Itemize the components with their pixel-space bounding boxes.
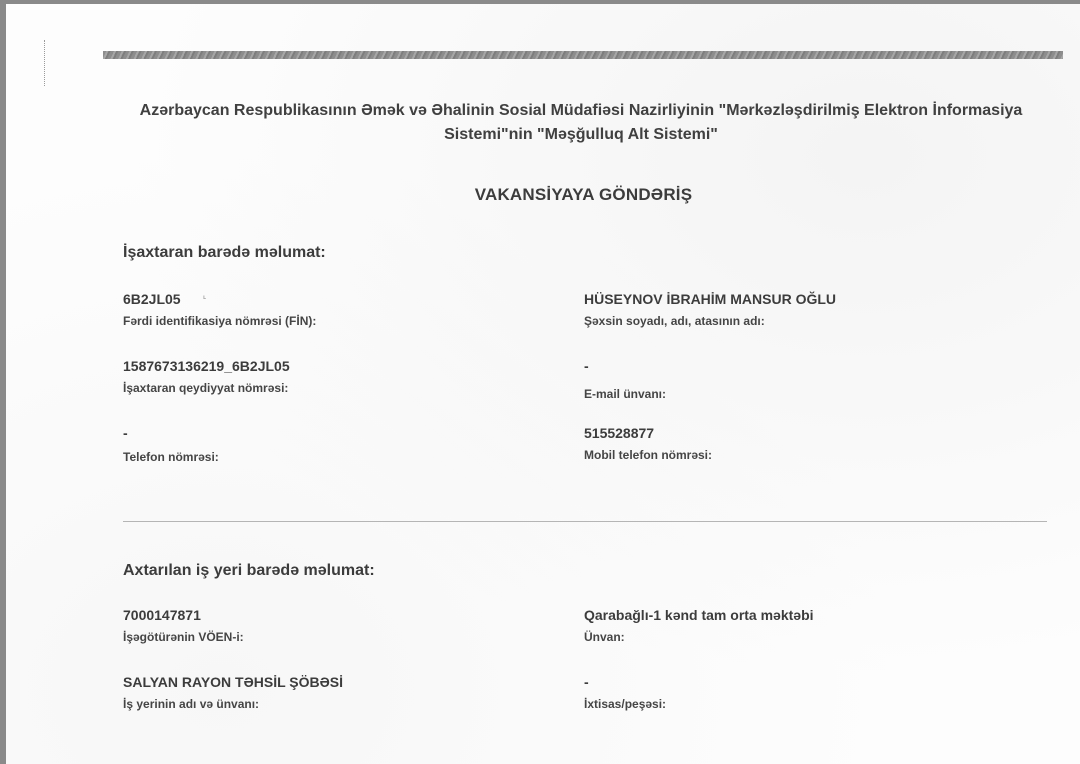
full-name-field: HÜSEYNOV İBRAHİM MANSUR OĞLU Şəxsin soya… xyxy=(584,290,1004,328)
profession-field: - İxtisas/peşəsi: xyxy=(584,673,1004,711)
profession-label: İxtisas/peşəsi: xyxy=(584,697,1004,711)
registration-number-value: 1587673136219_6B2JL05 xyxy=(123,357,543,375)
employer-tin-label: İşəgötürənin VÖEN-i: xyxy=(123,630,543,644)
employer-tin-field: 7000147871 İşəgötürənin VÖEN-i: xyxy=(123,606,543,644)
email-label: E-mail ünvanı: xyxy=(584,387,1004,401)
fin-label: Fərdi identifikasiya nömrəsi (FİN): xyxy=(123,314,543,328)
address-label: Ünvan: xyxy=(584,630,1004,644)
phone-label: Telefon nömrəsi: xyxy=(123,450,543,464)
phone-field: - Telefon nömrəsi: xyxy=(123,424,543,464)
phone-value: - xyxy=(123,424,543,442)
mobile-phone-value: 515528877 xyxy=(584,424,1004,442)
email-field: - E-mail ünvanı: xyxy=(584,357,1004,401)
registration-number-label: İşaxtaran qeydiyyat nömrəsi: xyxy=(123,381,543,395)
email-value: - xyxy=(584,357,1004,375)
address-field: Qarabağlı-1 kənd tam orta məktəbi Ünvan: xyxy=(584,606,1004,644)
staple-mark xyxy=(44,40,47,86)
address-value: Qarabağlı-1 kənd tam orta məktəbi xyxy=(584,606,1004,624)
job-seeker-section-heading: İşaxtaran barədə məlumat: xyxy=(123,244,326,262)
employer-tin-value: 7000147871 xyxy=(123,606,543,624)
workplace-name-label: İş yerinin adı və ünvanı: xyxy=(123,697,543,711)
ministry-system-title: Azərbaycan Respublikasının Əmək və Əhali… xyxy=(106,99,1056,147)
section-divider xyxy=(123,521,1047,522)
stray-pen-mark: ᒻ xyxy=(203,294,206,305)
mobile-phone-field: 515528877 Mobil telefon nömrəsi: xyxy=(584,424,1004,462)
mobile-phone-label: Mobil telefon nömrəsi: xyxy=(584,448,1004,462)
workplace-section-heading: Axtarılan iş yeri barədə məlumat: xyxy=(123,562,375,580)
workplace-name-field: SALYAN RAYON TƏHSİL ŞÖBƏSİ İş yerinin ad… xyxy=(123,673,543,711)
scanned-paper-page: Azərbaycan Respublikasının Əmək və Əhali… xyxy=(6,4,1080,764)
full-name-label: Şəxsin soyadı, adı, atasının adı: xyxy=(584,314,1004,328)
fin-value: 6B2JL05 xyxy=(123,290,543,308)
profession-value: - xyxy=(584,673,1004,691)
document-title: VAKANSİYAYA GÖNDƏRİŞ xyxy=(6,185,1080,205)
fin-field: 6B2JL05 Fərdi identifikasiya nömrəsi (Fİ… xyxy=(123,290,543,328)
full-name-value: HÜSEYNOV İBRAHİM MANSUR OĞLU xyxy=(584,290,1004,308)
header-decorative-bar xyxy=(103,51,1063,59)
workplace-name-value: SALYAN RAYON TƏHSİL ŞÖBƏSİ xyxy=(123,673,543,691)
registration-number-field: 1587673136219_6B2JL05 İşaxtaran qeydiyya… xyxy=(123,357,543,395)
